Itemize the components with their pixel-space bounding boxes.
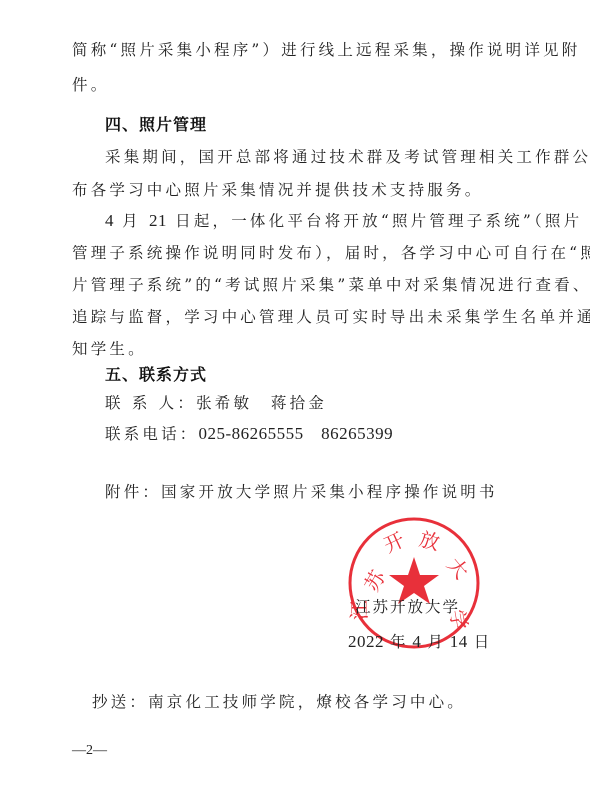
date-unit: 日 [474, 633, 491, 651]
cc-line: 抄送：南京化工技师学院，燎校各学习中心。 [92, 692, 466, 712]
document-date: 2022 年 4 月 14 日 [348, 630, 490, 652]
date-day: 14 [450, 632, 468, 651]
paragraph-line: 简称“照片采集小程序”）进行线上远程采集，操作说明详见附 [72, 40, 580, 60]
paragraph-line: 知学生。 [72, 339, 147, 359]
contact-names: 张希敏 蒋拾金 [196, 394, 327, 412]
paragraph-line: 4 月 21 日起，一体化平台将开放“照片管理子系统”（照片 [105, 211, 582, 231]
paragraph-line: 布各学习中心照片采集情况并提供技术支持服务。 [72, 180, 483, 200]
phone-label: 联系电话： [105, 425, 199, 443]
month-number: 4 [105, 211, 114, 230]
date-unit: 年 [390, 633, 407, 651]
section-heading-photo-management: 四、照片管理 [105, 112, 207, 135]
date-year: 2022 [348, 632, 384, 651]
section-heading-contact: 五、联系方式 [105, 362, 207, 385]
phone-numbers: 025-86265555 86265399 [199, 424, 394, 443]
paragraph-line: 件。 [72, 75, 109, 95]
contact-label: 联 系 人： [105, 394, 196, 412]
paragraph-line: 采集期间，国开总部将通过技术群及考试管理相关工作群公 [105, 147, 590, 167]
day-number: 21 [149, 211, 167, 230]
date-month: 4 [412, 632, 421, 651]
text: 日起，一体化平台将开放“照片管理子系统”（照片 [175, 212, 582, 230]
date-unit: 月 [427, 633, 444, 651]
svg-text:放: 放 [417, 527, 443, 555]
svg-text:大: 大 [442, 553, 473, 584]
svg-text:苏: 苏 [360, 565, 391, 595]
signature-org: 江苏开放大学 [355, 595, 460, 617]
contact-person: 联 系 人：张希敏 蒋拾金 [105, 393, 327, 413]
paragraph-line: 管理子系统操作说明同时发布），届时，各学习中心可自行在“照 [72, 243, 590, 263]
page-number: —2— [72, 743, 107, 759]
svg-text:开: 开 [380, 527, 408, 557]
paragraph-line: 追踪与监督，学习中心管理人员可实时导出未采集学生名单并通 [72, 307, 590, 327]
attachment-line: 附件：国家开放大学照片采集小程序操作说明书 [105, 482, 498, 502]
paragraph-line: 片管理子系统”的“考试照片采集”菜单中对采集情况进行查看、 [72, 275, 590, 295]
text: 月 [122, 212, 141, 230]
contact-phone: 联系电话：025-86265555 86265399 [105, 424, 393, 444]
